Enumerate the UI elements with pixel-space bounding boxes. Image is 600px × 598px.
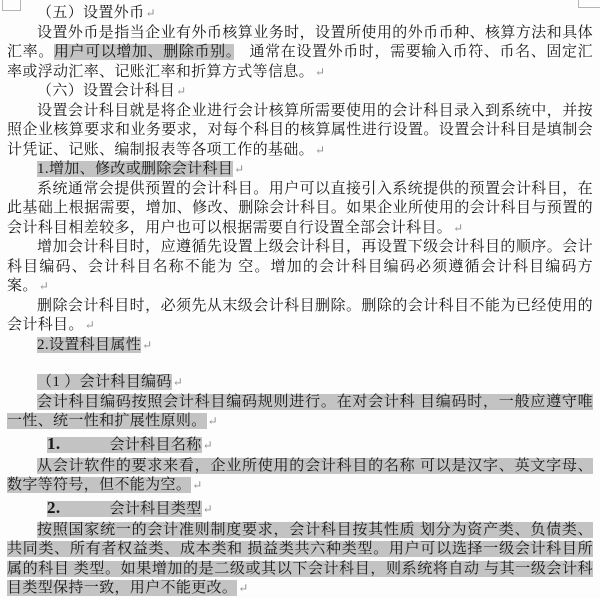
paragraph-mark-icon: ↵ — [237, 581, 248, 595]
para-add-rule[interactable]: 增加会计科目时，应遵循先设置上级会计科目，再设置下级会计科目的顺序。会计科目编码… — [7, 238, 593, 297]
paragraph-mark-icon: ↵ — [202, 502, 213, 516]
heading-subject-type-content[interactable]: 2.会计科目类型 — [47, 501, 202, 517]
para-subject-code-text[interactable]: 会计科目编码按照会计科目编码规则进行。在对会计科 目编码时，一般应遵守唯一性、统… — [7, 394, 593, 430]
paragraph-mark-icon: ↵ — [141, 338, 152, 352]
para-delete-rule[interactable]: 删除会计科目时，必须先从末级会计科目删除。删除的会计科目不能为已经使用的会计科目… — [7, 297, 593, 336]
heading-subject-type[interactable]: 2.会计科目类型↵ — [7, 496, 593, 521]
paragraph-mark-icon: ↵ — [452, 221, 463, 235]
heading-subject-name-content[interactable]: 1.会计科目名称 — [47, 437, 202, 453]
heading-subject-code[interactable]: （1 ）会计科目编码↵ — [7, 373, 593, 393]
paragraph-mark-icon: ↵ — [314, 65, 325, 79]
para-subject-name-text[interactable]: 从会计软件的要求来看，企业所使用的会计科目的名称 可以是汉字、英文字母、数字等符… — [7, 458, 593, 494]
list-number: 1. — [47, 434, 60, 453]
document-body[interactable]: （五）设置外币↵ 设置外币是指当企业有外币核算业务时，设置所使用的外币币种、核算… — [7, 4, 593, 598]
heading-section-6-text: （六）设置会计科目 — [37, 83, 175, 99]
heading-set-attributes-text[interactable]: 2.设置科目属性 — [37, 337, 141, 353]
heading-add-modify-delete[interactable]: 1.增加、修改或删除会计科目↵ — [7, 160, 593, 180]
paragraph-mark-icon: ↵ — [172, 375, 183, 389]
document-page: （五）设置外币↵ 设置外币是指当企业有外币核算业务时，设置所使用的外币币种、核算… — [0, 0, 600, 598]
heading-subject-name-text: 会计科目名称 — [109, 437, 201, 453]
heading-set-attributes[interactable]: 2.设置科目属性↵ — [7, 336, 593, 356]
para-foreign-currency[interactable]: 设置外币是指当企业有外币核算业务时，设置所使用的外币币种、核算方法和具体汇率。用… — [7, 24, 593, 83]
heading-section-6[interactable]: （六）设置会计科目↵ — [7, 82, 593, 102]
para-subject-type[interactable]: 按照国家统一的会计准则制度要求，会计科目按其性质 划分为资产类、负债类、共同类、… — [7, 521, 593, 598]
heading-subject-type-text: 会计科目类型 — [109, 501, 201, 517]
para-subject-name[interactable]: 从会计软件的要求来看，企业所使用的会计科目的名称 可以是汉字、英文字母、数字等符… — [7, 457, 593, 496]
selected-text[interactable]: 用户可以增加、删除币别。 — [54, 44, 234, 60]
tab-space — [60, 448, 109, 449]
heading-subject-code-text[interactable]: （1 ）会计科目编码 — [37, 374, 172, 390]
heading-section-5-text: （五）设置外币 — [37, 5, 144, 21]
para-subject-type-text[interactable]: 按照国家统一的会计准则制度要求，会计科目按其性质 划分为资产类、负债类、共同类、… — [7, 522, 593, 597]
tab-space — [60, 512, 109, 513]
para-preset-subjects[interactable]: 系统通常会提供预置的会计科目。用户可以直接引入系统提供的预置会计科目，在此基础上… — [7, 180, 593, 239]
paragraph-mark-icon: ↵ — [84, 318, 95, 332]
para-subject-code[interactable]: 会计科目编码按照会计科目编码规则进行。在对会计科 目编码时，一般应遵守唯一性、统… — [7, 393, 593, 432]
paragraph-mark-icon: ↵ — [233, 162, 244, 176]
paragraph-mark-icon: ↵ — [38, 279, 49, 293]
heading-section-5[interactable]: （五）设置外币↵ — [7, 4, 593, 24]
list-number: 2. — [47, 498, 60, 517]
heading-subject-name[interactable]: 1.会计科目名称↵ — [7, 432, 593, 457]
para-subjects-intro[interactable]: 设置会计科目就是将企业进行会计核算所需要使用的会计科目录入到系统中，并按照企业核… — [7, 102, 593, 161]
paragraph-mark-icon: ↵ — [202, 438, 213, 452]
paragraph-mark-icon: ↵ — [314, 143, 325, 157]
paragraph-mark-icon: ↵ — [191, 478, 202, 492]
para-delete-rule-text: 删除会计科目时，必须先从末级会计科目删除。删除的会计科目不能为已经使用的会计科目… — [7, 298, 593, 334]
paragraph-mark-icon: ↵ — [175, 84, 186, 98]
paragraph-mark-icon: ↵ — [144, 6, 155, 20]
para-subjects-intro-text: 设置会计科目就是将企业进行会计核算所需要使用的会计科目录入到系统中，并按照企业核… — [7, 103, 593, 158]
paragraph-mark-icon: ↵ — [207, 414, 218, 428]
para-add-rule-text: 增加会计科目时，应遵循先设置上级会计科目，再设置下级会计科目的顺序。会计科目编码… — [7, 239, 593, 294]
heading-add-modify-delete-text[interactable]: 1.增加、修改或删除会计科目 — [37, 161, 233, 177]
para-preset-subjects-text: 系统通常会提供预置的会计科目。用户可以直接引入系统提供的预置会计科目，在此基础上… — [7, 181, 593, 236]
empty-paragraph — [7, 355, 593, 373]
